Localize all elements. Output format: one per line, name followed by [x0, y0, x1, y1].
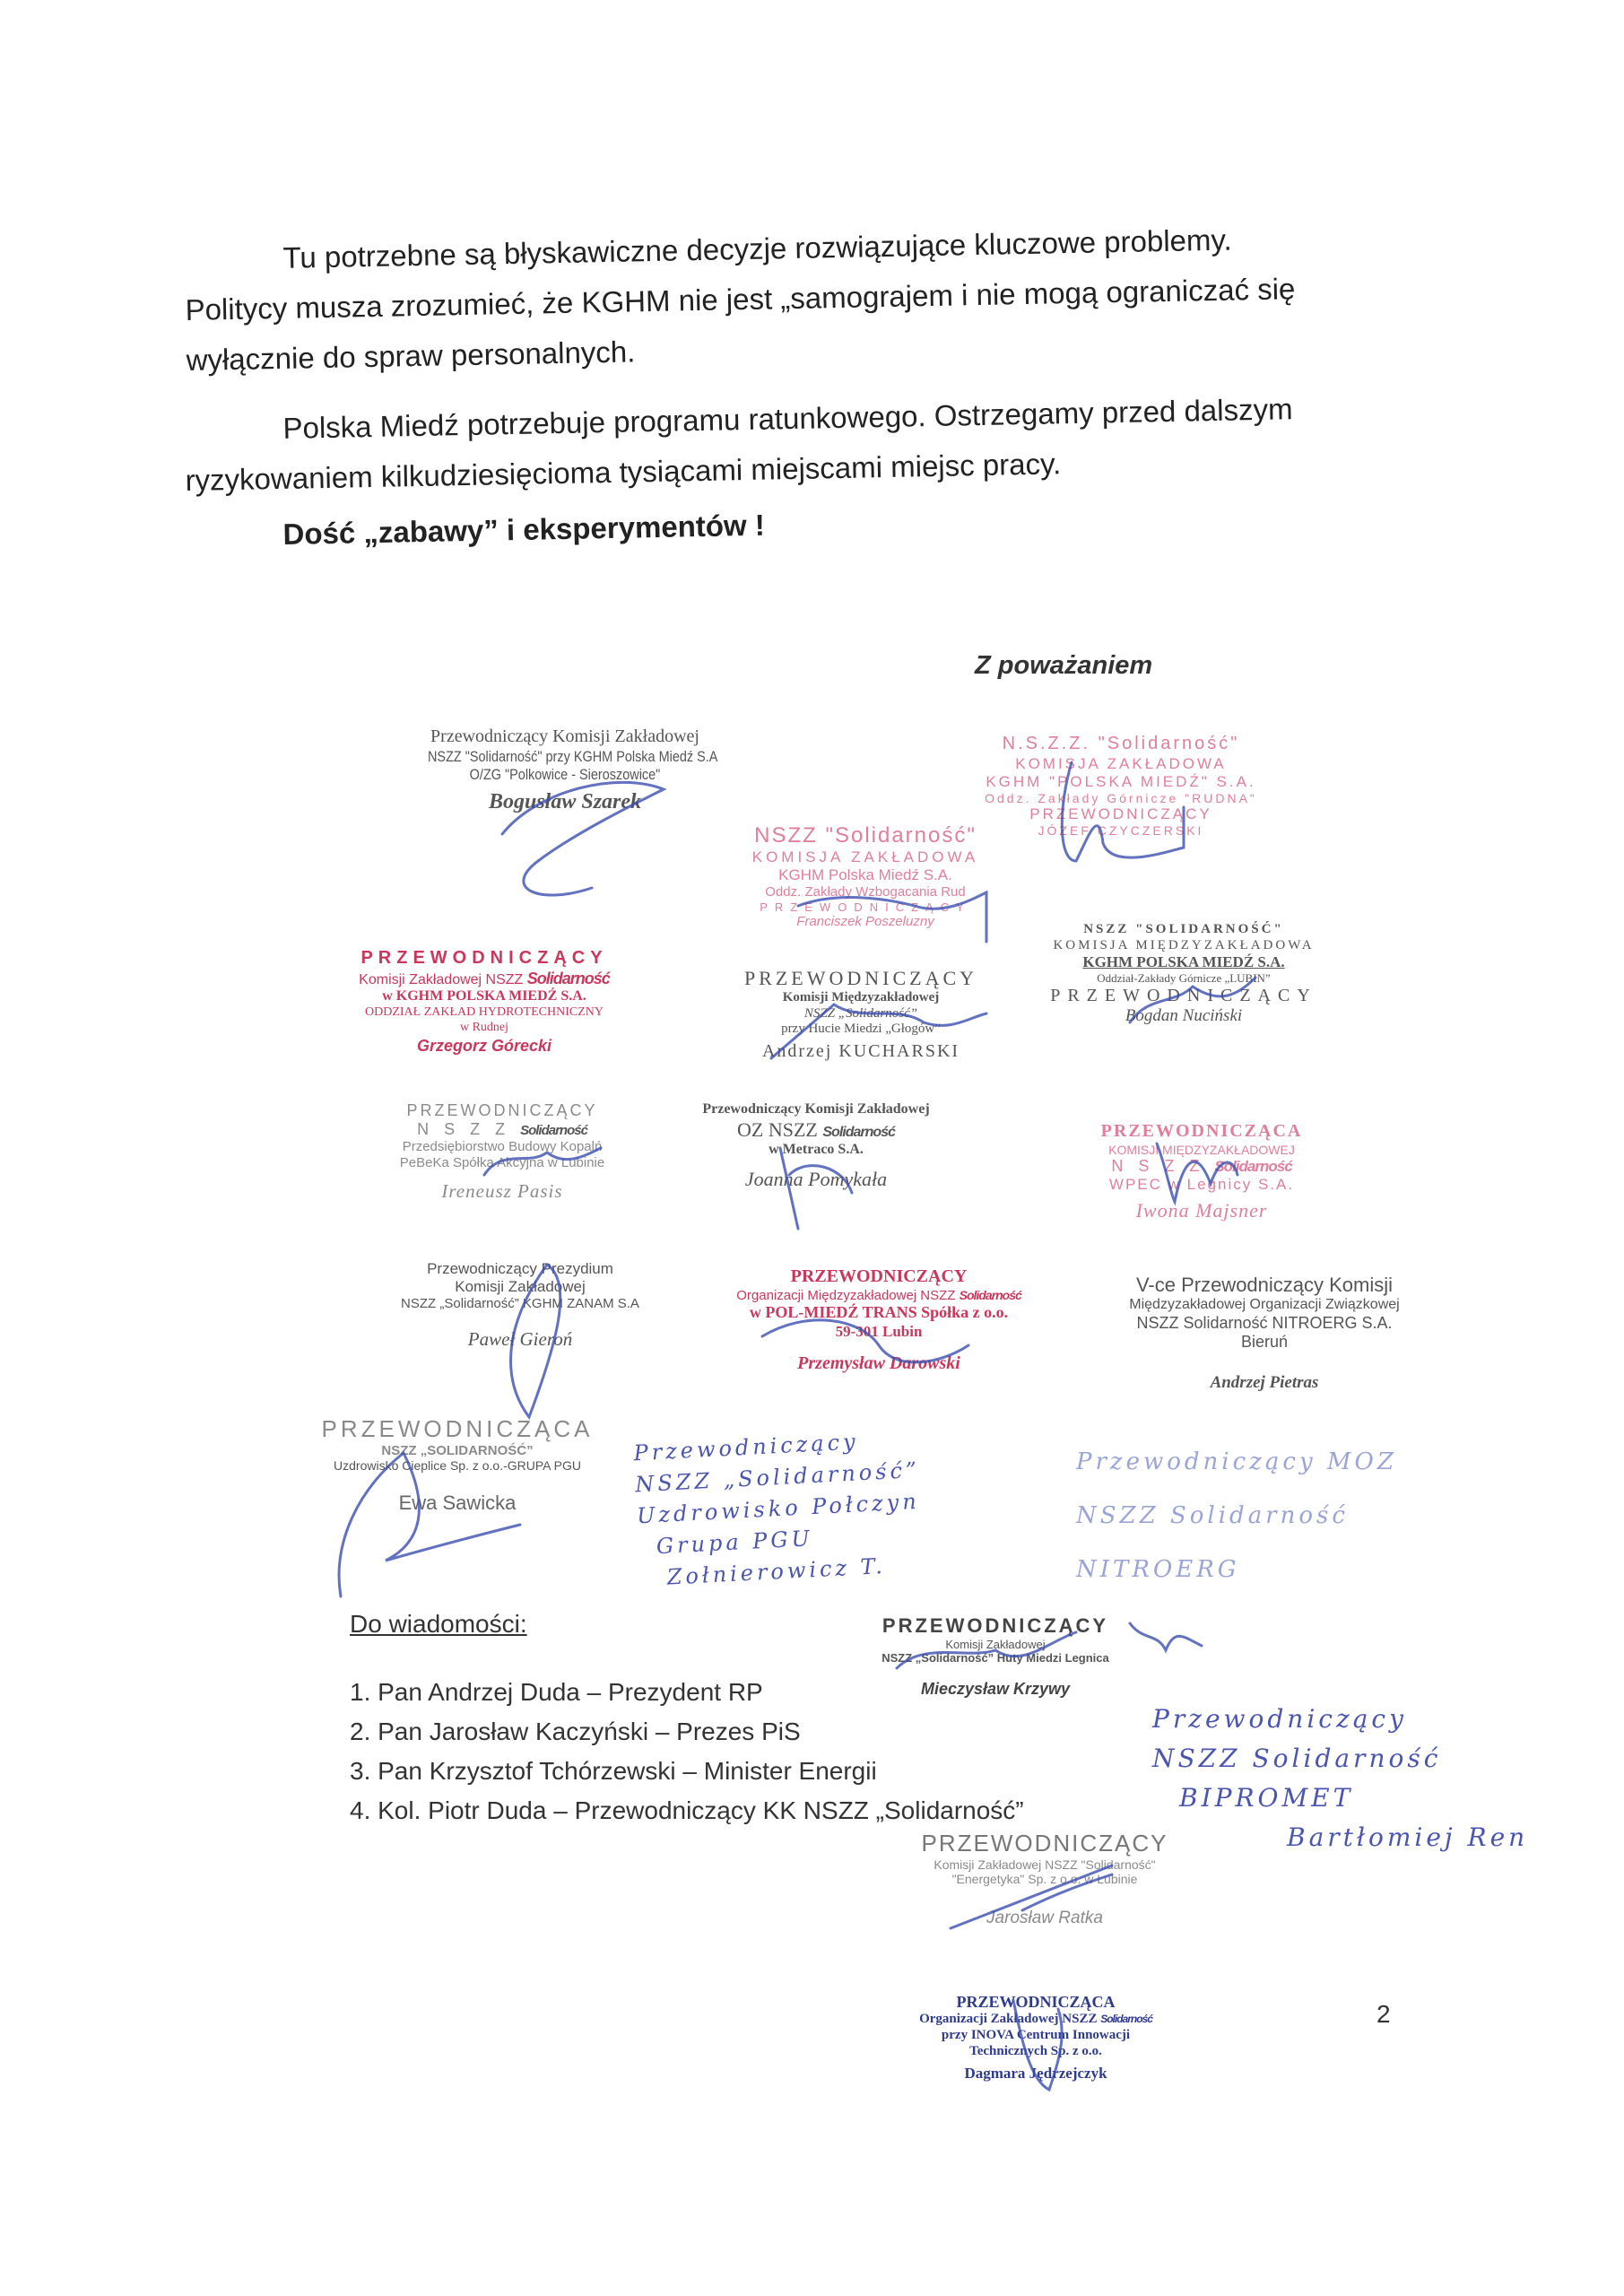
- signatory-name: Andrzej KUCHARSKI: [708, 1041, 1013, 1063]
- stamp-line: N S Z Z: [417, 1120, 510, 1138]
- stamp-line: KGHM POLSKA MIEDŹ S.A.: [1036, 953, 1332, 971]
- stamp-line: NSZZ „Solidarność”: [708, 1006, 1013, 1022]
- signatory-name: Franciszek Poszeluzny: [717, 914, 1013, 930]
- stamp-jedrzejczyk: PRZEWODNICZĄCA Organizacji Zakładowej NS…: [901, 1993, 1170, 2083]
- solidarnosc-logo: Solidarność: [960, 1288, 1021, 1302]
- stamp-line: Organizacji Międzyzakładowej NSZZ: [736, 1288, 955, 1303]
- stamp-line: NSZZ "Solidarność": [717, 823, 1013, 848]
- stamp-gorecki: PRZEWODNICZĄCY Komisji Zakładowej NSZZ S…: [332, 948, 637, 1057]
- stamp-line: OZ NSZZ: [737, 1118, 818, 1141]
- stamp-nucinski: NSZZ "SOLIDARNOŚĆ" KOMISJA MIĘDZYZAKŁADO…: [1036, 922, 1332, 1027]
- stamp-line: Przewodniczący Komisji Zakładowej: [668, 1101, 964, 1118]
- solidarnosc-logo: Solidarność: [527, 970, 610, 987]
- signatory-name: Grzegorz Górecki: [332, 1037, 637, 1056]
- stamp-line: Przewodniczący Prezydium: [368, 1260, 673, 1278]
- handwritten-note-nitroerg: Przewodniczący MOZ NSZZ Solidarność NITR…: [1076, 1435, 1397, 1596]
- stamp-title: PRZEWODNICZĄCY: [708, 1266, 1049, 1288]
- stamp-title: PRZEWODNICZĄCA: [309, 1415, 605, 1443]
- signatory-name: Bogdan Nuciński: [1036, 1006, 1332, 1026]
- stamp-line: NSZZ "SOLIDARNOŚĆ": [1036, 922, 1332, 938]
- stamp-line: NSZZ "Solidarność" przy KGHM Polska Mied…: [428, 748, 702, 766]
- stamp-line: KGHM "POLSKA MIEDŹ" S.A.: [973, 773, 1269, 791]
- stamp-line: w Rudnej: [332, 1021, 637, 1036]
- list-item: 4. Kol. Piotr Duda – Przewodniczący KK N…: [350, 1791, 1024, 1831]
- stamp-kucharski: PRZEWODNICZĄCY Komisji Międzyzakładowej …: [708, 967, 1013, 1063]
- stamp-line: Oddział-Zakłady Górnicze „LUBIN”: [1036, 971, 1332, 985]
- stamp-line: w Metraco S.A.: [668, 1142, 964, 1159]
- emphasis-line: Dość „zabawy” i eksperymentów !: [282, 500, 765, 560]
- solidarnosc-logo: Solidarność: [520, 1123, 587, 1138]
- stamp-line: Technicznych Sp. z o.o.: [901, 2044, 1170, 2060]
- stamp-line: N S Z Z: [1111, 1157, 1204, 1175]
- stamp-title: PRZEWODNICZĄCY: [332, 948, 637, 970]
- stamp-line: PRZEWODNICZĄCY: [717, 900, 1013, 914]
- stamp-line: KGHM Polska Miedź S.A.: [717, 866, 1013, 884]
- stamp-line: PRZEWODNICZĄCY: [973, 805, 1269, 823]
- page-number: 2: [1376, 2000, 1391, 2029]
- stamp-line: ODDZIAŁ ZAKŁAD HYDROTECHNICZNY: [332, 1005, 637, 1021]
- stamp-line: Komisji Międzyzakładowej: [708, 990, 1013, 1006]
- signatory-name: JÓZEF CZYCZERSKI: [973, 823, 1269, 839]
- signatory-name: Andrzej Pietras: [1067, 1373, 1462, 1393]
- stamp-darowski: PRZEWODNICZĄCY Organizacji Międzyzakłado…: [708, 1266, 1049, 1374]
- stamp-line: KOMISJA ZAKŁADOWA: [717, 848, 1013, 866]
- stamp-line: KOMISJA MIĘDZYZAKŁADOWA: [1036, 938, 1332, 954]
- signatory-name: Iwona Majsner: [1040, 1199, 1363, 1222]
- solidarnosc-logo: Solidarność: [822, 1125, 895, 1140]
- handwritten-line: Bartłomiej Ren: [1152, 1818, 1528, 1857]
- signatory-name: Jarosław Ratka: [883, 1909, 1206, 1928]
- stamp-ratka: PRZEWODNICZĄCY Komisji Zakładowej NSZZ "…: [883, 1830, 1206, 1928]
- stamp-line: KOMISJI MIĘDZYZAKŁADOWEJ: [1040, 1143, 1363, 1158]
- stamp-line: Komisji Zakładowej: [847, 1638, 1143, 1651]
- signatory-name: Joanna Pomykała: [668, 1168, 964, 1191]
- list-item: 3. Pan Krzysztof Tchórzewski – Minister …: [350, 1752, 1024, 1791]
- stamp-line: NSZZ „SOLIDARNOŚĆ”: [309, 1443, 605, 1459]
- stamp-line: przy Hucie Miedzi „Głogów”: [708, 1022, 1013, 1038]
- stamp-line: Uzdrowisko Cieplice Sp. z o.o.-GRUPA PGU: [309, 1458, 605, 1474]
- stamp-line: "Energetyka" Sp. z o.o. w Lubinie: [883, 1872, 1206, 1887]
- stamp-krzywy: PRZEWODNICZĄCY Komisji Zakładowej NSZZ „…: [847, 1614, 1143, 1699]
- stamp-line: Komisji Zakładowej NSZZ: [359, 972, 523, 987]
- stamp-title: PRZEWODNICZĄCA: [901, 1993, 1170, 2012]
- solidarnosc-logo: Solidarność: [1214, 1158, 1291, 1175]
- stamp-line: V-ce Przewodniczący Komisji: [1067, 1274, 1462, 1297]
- stamp-line: Przewodniczący Komisji Zakładowej: [404, 726, 726, 748]
- stamp-title: PRZEWODNICZĄCY: [883, 1830, 1206, 1857]
- distribution-title: Do wiadomości:: [350, 1610, 527, 1639]
- stamp-line: N.S.Z.Z. "Solidarność": [973, 734, 1269, 755]
- closing-salutation: Z poważaniem: [975, 651, 1152, 681]
- stamp-gieron: Przewodniczący Prezydium Komisji Zakłado…: [368, 1260, 673, 1351]
- stamp-zwr: NSZZ "Solidarność" KOMISJA ZAKŁADOWA KGH…: [717, 823, 1013, 930]
- stamp-line: NSZZ Solidarność NITROERG S.A.: [1067, 1314, 1462, 1333]
- stamp-line: 59-301 Lubin: [708, 1323, 1049, 1341]
- signatory-name: Bogusław Szarek: [404, 789, 726, 814]
- signatory-name: Ewa Sawicka: [309, 1492, 605, 1515]
- stamp-line: O/ZG "Polkowice - Sieroszowice": [428, 766, 702, 784]
- stamp-pomykala: Przewodniczący Komisji Zakładowej OZ NSZ…: [668, 1101, 964, 1191]
- signatory-name: Ireneusz Pasis: [359, 1180, 646, 1203]
- handwritten-note-pgu: Przewodniczący NSZZ „Solidarność” Uzdrow…: [633, 1423, 926, 1595]
- handwritten-line: BIPROMET: [1152, 1779, 1528, 1818]
- stamp-pasis: PRZEWODNICZĄCY N S Z Z Solidarność Przed…: [359, 1101, 646, 1203]
- signatory-name: Paweł Gieroń: [368, 1328, 673, 1351]
- handwritten-line: NSZZ Solidarność: [1076, 1489, 1397, 1543]
- stamp-line: WPEC w Legnicy S.A.: [1040, 1176, 1363, 1194]
- stamp-line: KOMISJA ZAKŁADOWA: [973, 755, 1269, 773]
- signatory-name: Dagmara Jędrzejczyk: [901, 2065, 1170, 2083]
- stamp-line: Komisji Zakładowej: [368, 1278, 673, 1296]
- handwritten-line: NITROERG: [1076, 1543, 1397, 1596]
- stamp-line: Przedsiębiorstwo Budowy Kopalń: [359, 1139, 646, 1155]
- handwritten-line: NSZZ Solidarność: [1152, 1739, 1528, 1779]
- solidarnosc-logo: Solidarność: [1100, 2013, 1152, 2025]
- stamp-line: przy INOVA Centrum Innowacji: [901, 2028, 1170, 2044]
- stamp-title: PRZEWODNICZĄCY: [407, 1101, 598, 1119]
- handwritten-line: Przewodniczący: [1152, 1700, 1528, 1739]
- body-paragraph-1: Tu potrzebne są błyskawiczne decyzje roz…: [184, 210, 1487, 386]
- stamp-line: NSZZ „Solidarność” Huty Miedzi Legnica: [847, 1651, 1143, 1665]
- stamp-line: Międzyzakładowej Organizacji Związkowej: [1067, 1297, 1462, 1314]
- stamp-line: Oddz. Zakłady Wzbogacania Rud: [717, 884, 1013, 900]
- stamp-title: PRZEWODNICZĄCA: [1040, 1121, 1363, 1143]
- stamp-line: w KGHM POLSKA MIEDŹ S.A.: [332, 988, 637, 1005]
- stamp-line: NSZZ „Solidarność” KGHM ZANAM S.A: [368, 1296, 673, 1312]
- handwritten-line: Przewodniczący MOZ: [1076, 1435, 1397, 1489]
- signatory-name: Mieczysław Krzywy: [847, 1680, 1143, 1699]
- stamp-title: PRZEWODNICZĄCY: [847, 1614, 1143, 1638]
- stamp-rudna: N.S.Z.Z. "Solidarność" KOMISJA ZAKŁADOWA…: [973, 734, 1269, 839]
- stamp-szarek: Przewodniczący Komisji Zakładowej NSZZ "…: [404, 726, 726, 814]
- stamp-line: w POL-MIEDŹ TRANS Spółka z o.o.: [708, 1303, 1049, 1322]
- list-item: 2. Pan Jarosław Kaczyński – Prezes PiS: [350, 1712, 1024, 1752]
- stamp-pietras: V-ce Przewodniczący Komisji Międzyzakład…: [1067, 1274, 1462, 1394]
- body-paragraph-2: Polska Miedź potrzebuje programu ratunko…: [184, 380, 1486, 506]
- signatory-name: Przemysław Darowski: [708, 1353, 1049, 1375]
- stamp-majsner: PRZEWODNICZĄCA KOMISJI MIĘDZYZAKŁADOWEJ …: [1040, 1121, 1363, 1222]
- stamp-line: PeBeKa Spółka Akcyjna w Lubinie: [359, 1155, 646, 1171]
- stamp-sawicka: PRZEWODNICZĄCA NSZZ „SOLIDARNOŚĆ” Uzdrow…: [309, 1415, 605, 1515]
- stamp-line: Komisji Zakładowej NSZZ "Solidarność": [883, 1857, 1206, 1873]
- stamp-line: Organizacji Zakładowej NSZZ: [919, 2012, 1097, 2026]
- handwritten-note-bipromet: Przewodniczący NSZZ Solidarność BIPROMET…: [1152, 1700, 1528, 1857]
- stamp-line: Bieruń: [1067, 1333, 1462, 1352]
- stamp-line: Oddz. Zakłady Górnicze "RUDNA": [973, 791, 1269, 806]
- stamp-title: PRZEWODNICZĄCY: [708, 967, 1013, 990]
- stamp-line: PRZEWODNICZĄCY: [1036, 986, 1332, 1007]
